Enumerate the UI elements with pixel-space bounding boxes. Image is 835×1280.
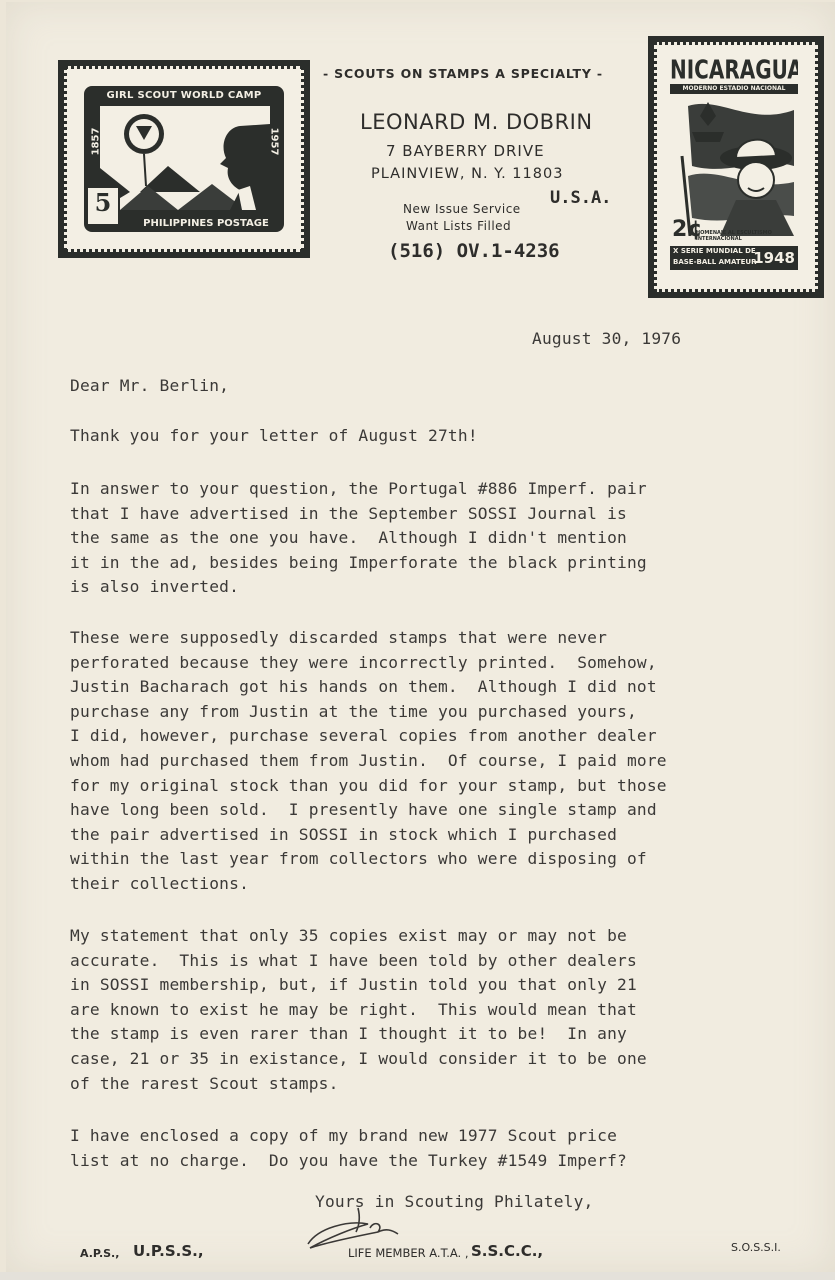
scout-illustration — [670, 96, 798, 236]
stamp-subtitle: MODERNO ESTADIO NACIONAL — [670, 84, 798, 94]
stamp-year: 1948 — [753, 249, 795, 267]
stamp-inner: NICARAGUA MODERNO ESTADIO NACIONAL 2¢ HO… — [670, 54, 798, 276]
membership-upss: U.P.S.S., — [133, 1242, 204, 1260]
stamp-series: X SERIE MUNDIAL DE BASE-BALL AMATEUR 194… — [670, 246, 798, 270]
letterhead-name: LEONARD M. DOBRIN — [360, 110, 593, 134]
stamp-frame: GIRL SCOUT WORLD CAMP 1857 1957 PHILIPPI… — [84, 86, 284, 232]
nicaragua-scout-stamp: NICARAGUA MODERNO ESTADIO NACIONAL 2¢ HO… — [648, 36, 824, 298]
scan-edge — [0, 1272, 835, 1280]
membership-ata: LIFE MEMBER A.T.A. , — [348, 1246, 469, 1260]
letterhead-phone: (516) OV.1-4236 — [388, 240, 560, 262]
letter-salutation: Dear Mr. Berlin, — [70, 374, 229, 399]
letter-paragraph: My statement that only 35 copies exist m… — [70, 924, 647, 1096]
letter-paragraph: These were supposedly discarded stamps t… — [70, 626, 667, 897]
letterhead-specialty: - SCOUTS ON STAMPS A SPECIALTY - — [323, 66, 603, 81]
membership-aps: A.P.S., — [80, 1247, 119, 1260]
letter-paragraph: In answer to your question, the Portugal… — [70, 477, 647, 600]
letter-paragraph: Thank you for your letter of August 27th… — [70, 424, 478, 449]
letter-date: August 30, 1976 — [532, 327, 681, 352]
stamp-country: PHILIPPINES POSTAGE — [128, 218, 284, 229]
philippines-girl-scout-stamp: GIRL SCOUT WORLD CAMP 1857 1957 PHILIPPI… — [58, 60, 310, 258]
membership-sscc: S.S.C.C., — [471, 1242, 543, 1260]
stamp-value: 5 — [86, 186, 120, 226]
stamp-year-right: 1957 — [269, 128, 280, 156]
letterhead-service-1: New Issue Service — [403, 202, 521, 216]
letterhead-street: 7 BAYBERRY DRIVE — [386, 142, 545, 160]
stamp-country: NICARAGUA — [670, 54, 798, 85]
stamp-illustration — [100, 106, 270, 210]
letterhead-city: PLAINVIEW, N. Y. 11803 — [371, 166, 563, 182]
letterhead-country: U.S.A. — [550, 188, 611, 208]
stamp-homage: HOMENAJE AL ESCULTISMO INTERNACIONAL — [696, 230, 798, 242]
membership-sossi: S.O.S.S.I. — [731, 1241, 781, 1254]
letter-paragraph: I have enclosed a copy of my brand new 1… — [70, 1124, 627, 1173]
stamp-title: GIRL SCOUT WORLD CAMP — [84, 90, 284, 101]
letterhead-service-2: Want Lists Filled — [406, 219, 511, 233]
